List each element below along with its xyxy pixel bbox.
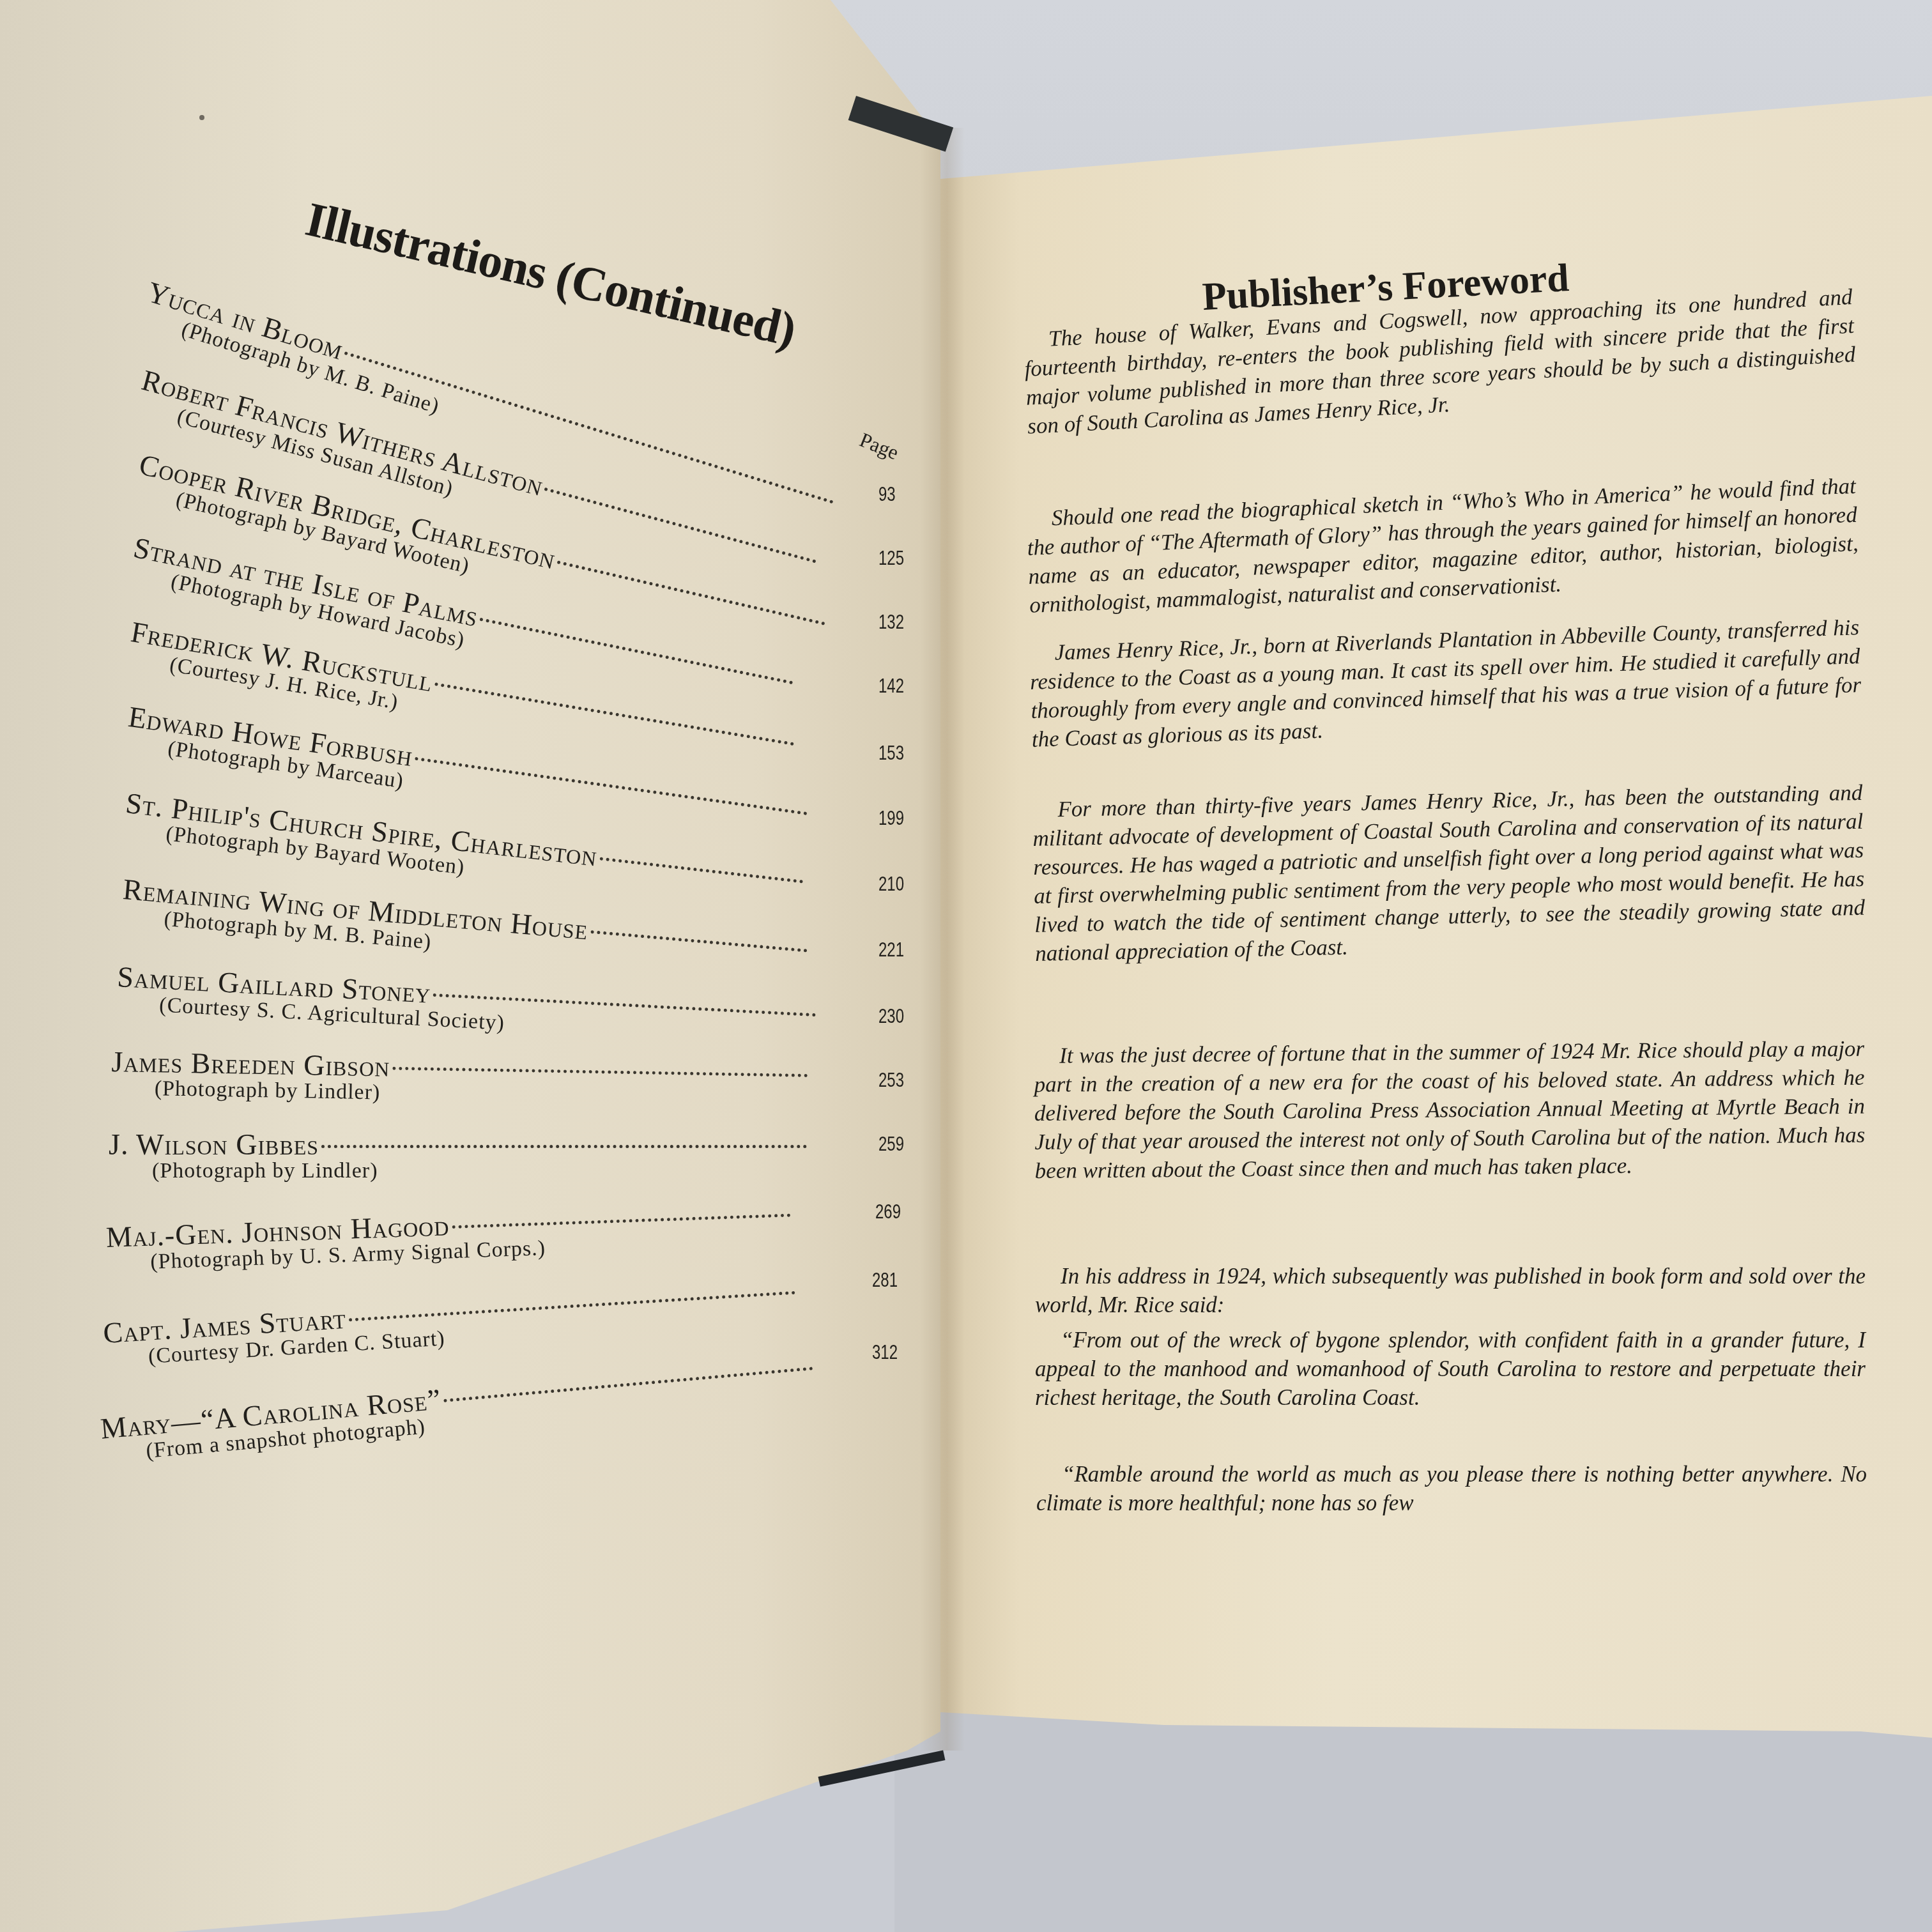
foreword-paragraph: For more than thirty-five years James He… — [1032, 778, 1866, 976]
foreword-paragraph: It was the just decree of fortune that i… — [1034, 1034, 1866, 1193]
foreword-paragraph: James Henry Rice, Jr., born at Riverland… — [1029, 613, 1862, 762]
dot-leader — [452, 1214, 790, 1229]
foreword-paragraph: “From out of the wreck of bygone splendo… — [1035, 1326, 1866, 1420]
list-item: J. Wilson Gibbes (Photograph by Lindler) — [109, 1128, 807, 1183]
page-number: 312 — [872, 1340, 898, 1364]
foreword-paragraph-6: In his address in 1924, which subsequent… — [1035, 1262, 1866, 1319]
page-number: 142 — [878, 674, 904, 698]
foreword-quote-2: “Ramble around the world as much as you … — [1036, 1460, 1867, 1517]
page-number: 221 — [878, 938, 904, 962]
illustration-title: James Breeden Gibson — [111, 1045, 390, 1083]
page-number: 153 — [878, 741, 904, 765]
page-number: 125 — [878, 546, 904, 570]
dot-leader — [392, 1067, 808, 1077]
dot-leader — [321, 1145, 807, 1148]
dot-leader — [590, 930, 807, 953]
page-number: 210 — [878, 872, 904, 896]
page-number: 269 — [875, 1200, 901, 1223]
foreword-paragraph-5: It was the just decree of fortune that i… — [1034, 1034, 1866, 1185]
page-number: 132 — [878, 610, 904, 634]
page-number: 93 — [878, 482, 896, 506]
foreword-paragraph-4: For more than thirty-five years James He… — [1032, 778, 1866, 968]
page-number: 281 — [872, 1268, 898, 1292]
page-number: 259 — [878, 1132, 904, 1156]
book-gutter — [920, 128, 965, 1751]
illustration-credit: (Photograph by Lindler) — [152, 1159, 807, 1183]
foreword-paragraph: In his address in 1924, which subsequent… — [1035, 1262, 1866, 1327]
illustration-title: J. Wilson Gibbes — [109, 1128, 319, 1161]
paper-speck — [199, 115, 204, 120]
page-number: 253 — [878, 1068, 904, 1092]
page-number: 199 — [878, 806, 904, 830]
foreword-quote-1: “From out of the wreck of bygone splendo… — [1035, 1326, 1866, 1412]
page-number: 230 — [878, 1004, 904, 1028]
foreword-paragraph: “Ramble around the world as much as you … — [1036, 1460, 1867, 1525]
